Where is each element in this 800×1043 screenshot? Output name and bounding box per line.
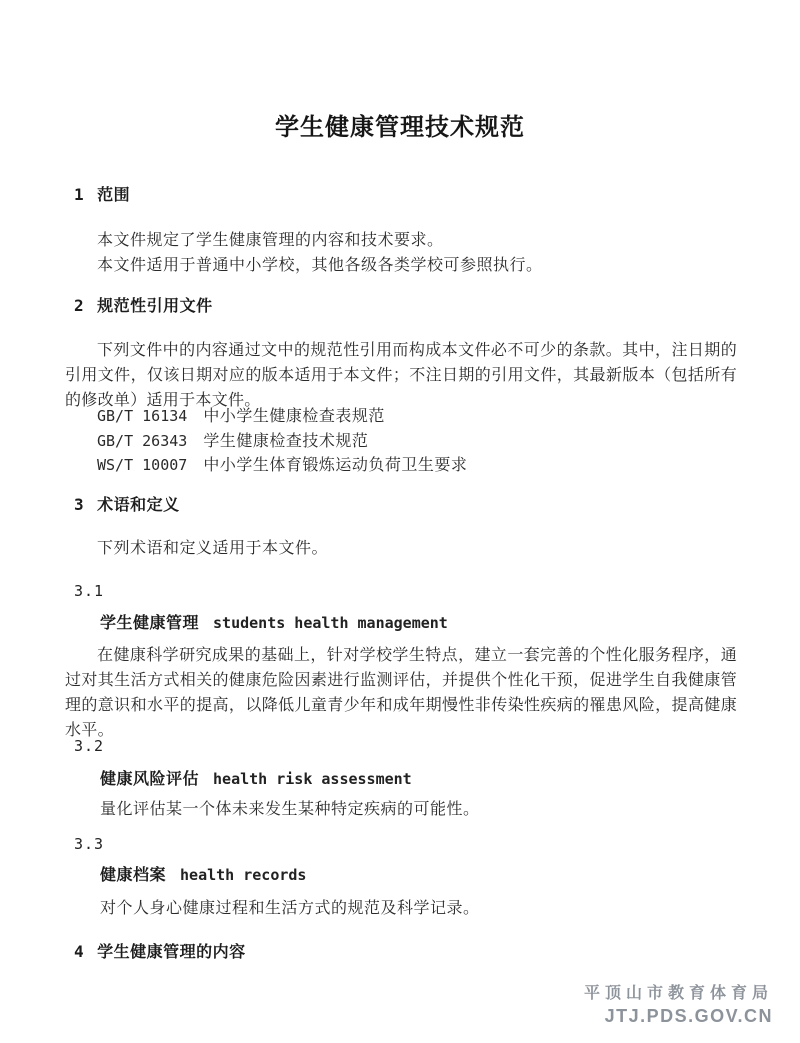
- term-english: students health management: [213, 614, 448, 632]
- section-1-title: 范围: [97, 187, 130, 204]
- document-page: 学生健康管理技术规范 1范围 本文件规定了学生健康管理的内容和技术要求。 本文件…: [0, 0, 800, 1043]
- term-english: health records: [180, 866, 306, 884]
- term-chinese: 健康档案: [100, 867, 166, 884]
- term-definition: 在健康科学研究成果的基础上，针对学校学生特点，建立一套完善的个性化服务程序，通过…: [65, 642, 737, 742]
- section-4-title: 学生健康管理的内容: [97, 944, 246, 961]
- section-1-heading: 1范围: [74, 182, 130, 208]
- section-1-paragraph-2: 本文件适用于普通中小学校，其他各级各类学校可参照执行。: [97, 252, 543, 277]
- clause-3-2-number: 3.2: [74, 734, 104, 759]
- term-chinese: 健康风险评估: [100, 771, 199, 788]
- reference-name: 学生健康检查技术规范: [203, 431, 368, 450]
- section-4-heading: 4学生健康管理的内容: [74, 939, 246, 965]
- reference-code: WS/T 10007: [97, 456, 187, 474]
- section-1-paragraph-1: 本文件规定了学生健康管理的内容和技术要求。: [97, 227, 444, 252]
- section-3-intro: 下列术语和定义适用于本文件。: [97, 535, 328, 560]
- section-2-intro-paragraph: 下列文件中的内容通过文中的规范性引用而构成本文件必不可少的条款。其中，注日期的引…: [65, 337, 737, 412]
- term-entry: 学生健康管理students health management: [100, 610, 448, 636]
- section-1-number: 1: [74, 185, 84, 204]
- section-3-number: 3: [74, 495, 84, 514]
- agency-watermark: 平顶山市教育体育局 JTJ.PDS.GOV.CN: [584, 982, 773, 1028]
- section-2-title: 规范性引用文件: [97, 298, 213, 315]
- term-entry: 健康风险评估health risk assessment: [100, 766, 412, 792]
- term-chinese: 学生健康管理: [100, 615, 199, 632]
- watermark-domain: JTJ.PDS.GOV.CN: [584, 1005, 773, 1028]
- reference-item: WS/T 10007中小学生体育锻炼运动负荷卫生要求: [97, 452, 467, 478]
- term-definition: 量化评估某一个体未来发生某种特定疾病的可能性。: [100, 796, 480, 821]
- watermark-agency-name: 平顶山市教育体育局: [584, 982, 773, 1005]
- term-definition: 对个人身心健康过程和生活方式的规范及科学记录。: [100, 895, 480, 920]
- section-4-number: 4: [74, 942, 84, 961]
- reference-code: GB/T 26343: [97, 432, 187, 450]
- term-english: health risk assessment: [213, 770, 412, 788]
- reference-code: GB/T 16134: [97, 407, 187, 425]
- reference-item: GB/T 26343学生健康检查技术规范: [97, 428, 368, 454]
- section-2-number: 2: [74, 296, 84, 315]
- reference-name: 中小学生健康检查表规范: [203, 406, 385, 425]
- section-3-title: 术语和定义: [97, 497, 180, 514]
- term-entry: 健康档案health records: [100, 862, 306, 888]
- reference-name: 中小学生体育锻炼运动负荷卫生要求: [203, 455, 467, 474]
- reference-item: GB/T 16134中小学生健康检查表规范: [97, 403, 385, 429]
- section-2-heading: 2规范性引用文件: [74, 293, 213, 319]
- section-3-heading: 3术语和定义: [74, 492, 180, 518]
- clause-3-1-number: 3.1: [74, 579, 104, 604]
- page-title: 学生健康管理技术规范: [0, 113, 800, 143]
- clause-3-3-number: 3.3: [74, 832, 104, 857]
